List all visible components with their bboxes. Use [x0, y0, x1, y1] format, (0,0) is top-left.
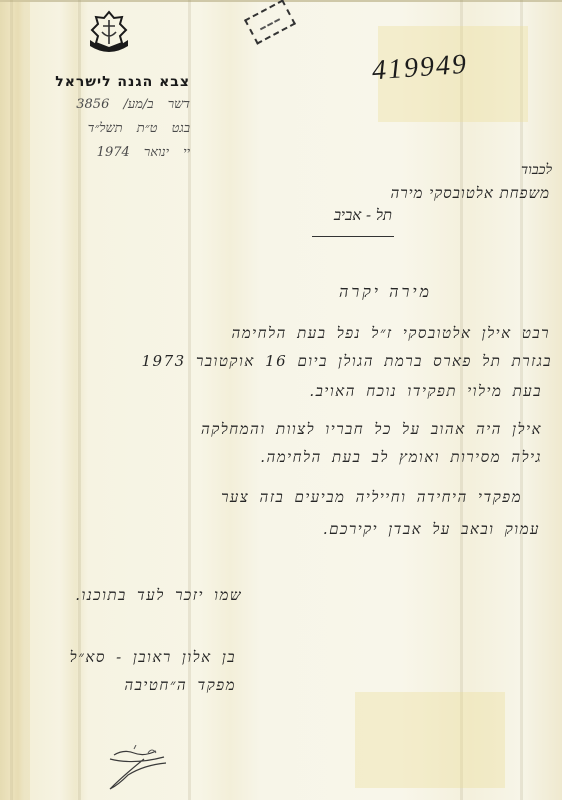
city-underline: [312, 236, 394, 237]
letter-greeting: מירה יקרה: [339, 282, 432, 302]
organization-name: צבא הגנה לישראל: [30, 74, 190, 90]
body-line: עמוק ובאב על אבדן יקירכם.: [323, 520, 540, 539]
addressee-name: משפחת אלטובסקי מירה: [390, 184, 550, 203]
handwritten-signature-icon: [104, 745, 184, 795]
scanned-letter-page: 419949 צבא הגנה לישראל דשר ב/מע/ 3856 בג…: [0, 0, 562, 800]
signer-name: בן אלון ראובן - סא״ל: [18, 648, 236, 667]
body-line: רבט אילן אלטובסקי ז״ל נפל בעת הלחימה: [232, 324, 551, 343]
closing-line: שמו יזכר לעד בתוכנו.: [12, 586, 242, 605]
addressee-salutation: לכבוד: [521, 162, 552, 179]
body-line: בגזרת תל פארס ברמת הגולן ביום 16 אוקטובר…: [141, 352, 552, 371]
idf-emblem-icon: [84, 10, 134, 54]
reference-number: 419949: [371, 49, 469, 88]
body-line: אילן היה אהוב על כל חבריו לצוות והמחלקה: [201, 420, 542, 439]
addressee-city: תל - אביב: [334, 206, 392, 225]
signer-title: מפקד ה״חטיבה: [56, 676, 236, 695]
body-line: מפקדי היחידה וחייליה מביעים בזה צער: [221, 488, 522, 507]
paper-stain: [355, 692, 505, 788]
body-line: בעת מילוי תפקידו נוכח האויב.: [309, 382, 542, 401]
paper-edge-stain: [0, 0, 30, 800]
header-gregorian-date: יי ינואר 1974: [30, 144, 190, 160]
body-line: גילה מסירות ואומץ לב בעת הלחימה.: [260, 448, 542, 467]
header-file-number: דשר ב/מע/ 3856: [30, 96, 190, 112]
header-hebrew-date: בגט ט״ת תשל״ד: [30, 120, 190, 136]
archive-stamp-icon: [244, 0, 296, 45]
